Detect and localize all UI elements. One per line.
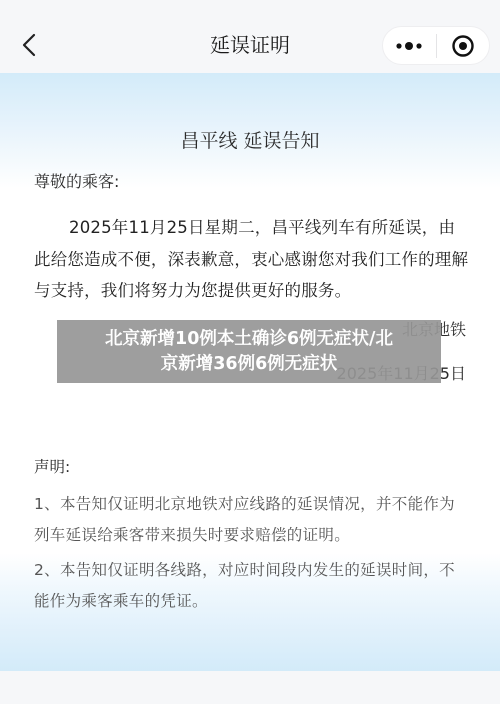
- close-button[interactable]: [436, 27, 489, 64]
- more-button[interactable]: [383, 27, 436, 64]
- target-circle-icon: [451, 34, 475, 58]
- greeting: 尊敬的乘客:: [34, 170, 119, 194]
- news-headline-overlay: 北京新增10例本土确诊6例无症状/北 京新增36例6例无症状: [57, 320, 441, 383]
- more-dots-icon: [395, 41, 423, 51]
- declaration-item: 1、本告知仅证明北京地铁对应线路的延误情况，并不能作为列车延误给乘客带来损失时要…: [34, 489, 470, 551]
- nav-header: 延误证明: [0, 0, 500, 73]
- overlay-line-1: 北京新增10例本土确诊6例无症状/北: [105, 327, 393, 352]
- notice-body: 2025年11月25日星期二，昌平线列车有所延误，由此给您造成不便，深表歉意，衷…: [34, 212, 470, 307]
- mini-program-capsule: [382, 26, 490, 65]
- overlay-line-2: 京新增36例6例无症状: [161, 352, 338, 377]
- declaration-title: 声明:: [34, 455, 70, 479]
- notice-title: 昌平线 延误告知: [0, 128, 500, 154]
- declaration-item: 2、本告知仅证明各线路，对应时间段内发生的延误时间，不能作为乘客乘车的凭证。: [34, 555, 470, 617]
